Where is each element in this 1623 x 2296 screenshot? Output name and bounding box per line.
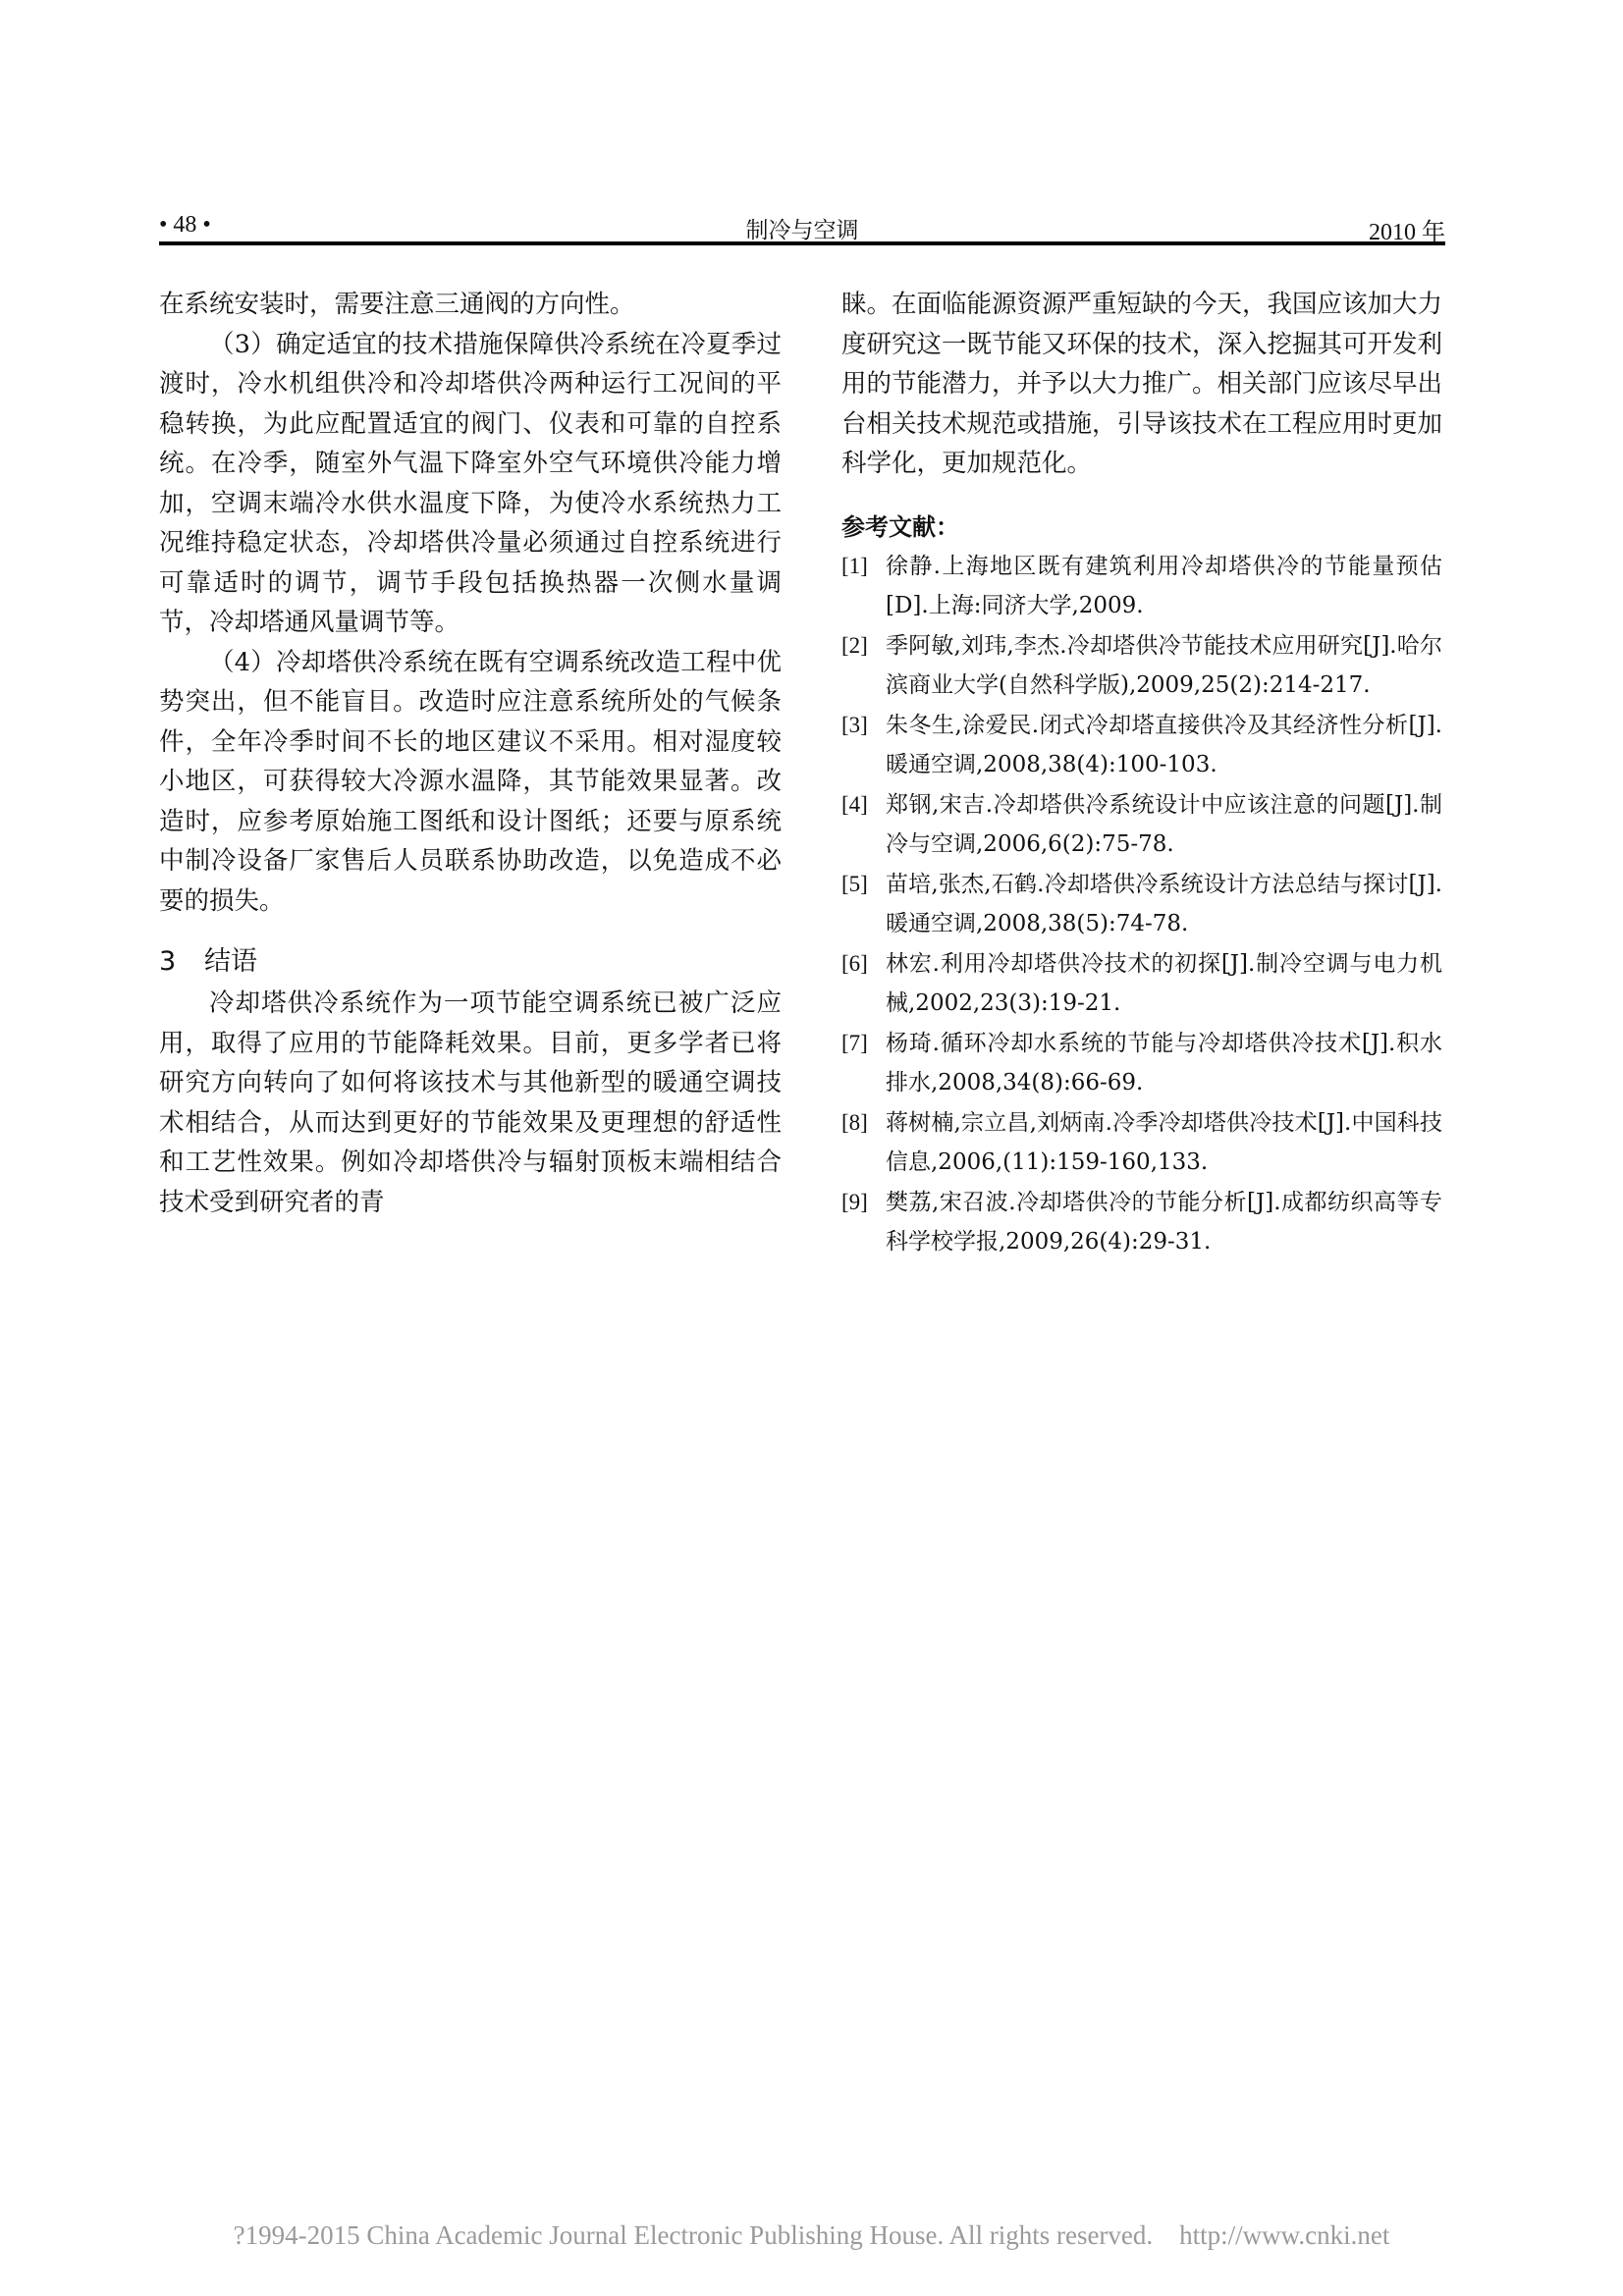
conclusion-paragraph: 冷却塔供冷系统作为一项节能空调系统已被广泛应用，取得了应用的节能降耗效果。目前，… — [159, 984, 782, 1222]
journal-title: 制冷与空调 — [159, 212, 1445, 244]
references-heading: 参考文献： — [841, 507, 1442, 547]
reference-text: 苗培,张杰,石鹤.冷却塔供冷系统设计方法总结与探讨[J].暖通空调,2008,3… — [886, 865, 1442, 944]
reference-item: [5]苗培,张杰,石鹤.冷却塔供冷系统设计方法总结与探讨[J].暖通空调,200… — [841, 865, 1442, 944]
conclusion-paragraph-continued: 睐。在面临能源资源严重短缺的今天，我国应该加大力度研究这一既节能又环保的技术，深… — [841, 285, 1442, 484]
reference-item: [7]杨琦.循环冷却水系统的节能与冷却塔供冷技术[J].积水排水,2008,34… — [841, 1024, 1442, 1103]
reference-text: 朱冬生,涂爱民.闭式冷却塔直接供冷及其经济性分析[J].暖通空调,2008,38… — [886, 706, 1442, 785]
reference-index: [7] — [841, 1024, 886, 1103]
reference-index: [5] — [841, 865, 886, 944]
reference-text: 郑钢,宋吉.冷却塔供冷系统设计中应该注意的问题[J].制冷与空调,2006,6(… — [886, 785, 1442, 865]
reference-item: [2]季阿敏,刘玮,李杰.冷却塔供冷节能技术应用研究[J].哈尔滨商业大学(自然… — [841, 626, 1442, 706]
right-column: 睐。在面临能源资源严重短缺的今天，我国应该加大力度研究这一既节能又环保的技术，深… — [841, 285, 1442, 1262]
reference-index: [9] — [841, 1183, 886, 1262]
reference-text: 季阿敏,刘玮,李杰.冷却塔供冷节能技术应用研究[J].哈尔滨商业大学(自然科学版… — [886, 626, 1442, 706]
section-heading: 3结语 — [159, 942, 782, 982]
reference-text: 林宏.利用冷却塔供冷技术的初探[J].制冷空调与电力机械,2002,23(3):… — [886, 944, 1442, 1024]
reference-list: [1]徐静.上海地区既有建筑利用冷却塔供冷的节能量预估[D].上海:同济大学,2… — [841, 547, 1442, 1262]
reference-index: [1] — [841, 547, 886, 626]
reference-item: [8]蒋树楠,宗立昌,刘炳南.冷季冷却塔供冷技术[J].中国科技信息,2006,… — [841, 1103, 1442, 1183]
reference-item: [9]樊荔,宋召波.冷却塔供冷的节能分析[J].成都纺织高等专科学校学报,200… — [841, 1183, 1442, 1262]
left-column: 在系统安装时，需要注意三通阀的方向性。 （3）确定适宜的技术措施保障供冷系统在冷… — [159, 285, 782, 1222]
header-rule — [159, 241, 1445, 245]
copyright-footer: ?1994-2015 China Academic Journal Electr… — [0, 2220, 1623, 2251]
section-title: 结语 — [204, 946, 257, 977]
running-header: • 48 • 制冷与空调 2010 年 — [159, 208, 1445, 243]
reference-index: [3] — [841, 706, 886, 785]
paragraph-item-4: （4）冷却塔供冷系统在既有空调系统改造工程中优势突出，但不能盲目。改造时应注意系… — [159, 643, 782, 922]
reference-text: 蒋树楠,宗立昌,刘炳南.冷季冷却塔供冷技术[J].中国科技信息,2006,(11… — [886, 1103, 1442, 1183]
reference-text: 杨琦.循环冷却水系统的节能与冷却塔供冷技术[J].积水排水,2008,34(8)… — [886, 1024, 1442, 1103]
reference-text: 徐静.上海地区既有建筑利用冷却塔供冷的节能量预估[D].上海:同济大学,2009… — [886, 547, 1442, 626]
paragraph-item-3: （3）确定适宜的技术措施保障供冷系统在冷夏季过渡时，冷水机组供冷和冷却塔供冷两种… — [159, 325, 782, 643]
reference-item: [1]徐静.上海地区既有建筑利用冷却塔供冷的节能量预估[D].上海:同济大学,2… — [841, 547, 1442, 626]
reference-item: [6]林宏.利用冷却塔供冷技术的初探[J].制冷空调与电力机械,2002,23(… — [841, 944, 1442, 1024]
paragraph-continuation: 在系统安装时，需要注意三通阀的方向性。 — [159, 285, 782, 325]
reference-index: [4] — [841, 785, 886, 865]
reference-item: [3]朱冬生,涂爱民.闭式冷却塔直接供冷及其经济性分析[J].暖通空调,2008… — [841, 706, 1442, 785]
reference-text: 樊荔,宋召波.冷却塔供冷的节能分析[J].成都纺织高等专科学校学报,2009,2… — [886, 1183, 1442, 1262]
reference-index: [2] — [841, 626, 886, 706]
reference-item: [4]郑钢,宋吉.冷却塔供冷系统设计中应该注意的问题[J].制冷与空调,2006… — [841, 785, 1442, 865]
reference-index: [6] — [841, 944, 886, 1024]
section-number: 3 — [159, 942, 204, 982]
reference-index: [8] — [841, 1103, 886, 1183]
